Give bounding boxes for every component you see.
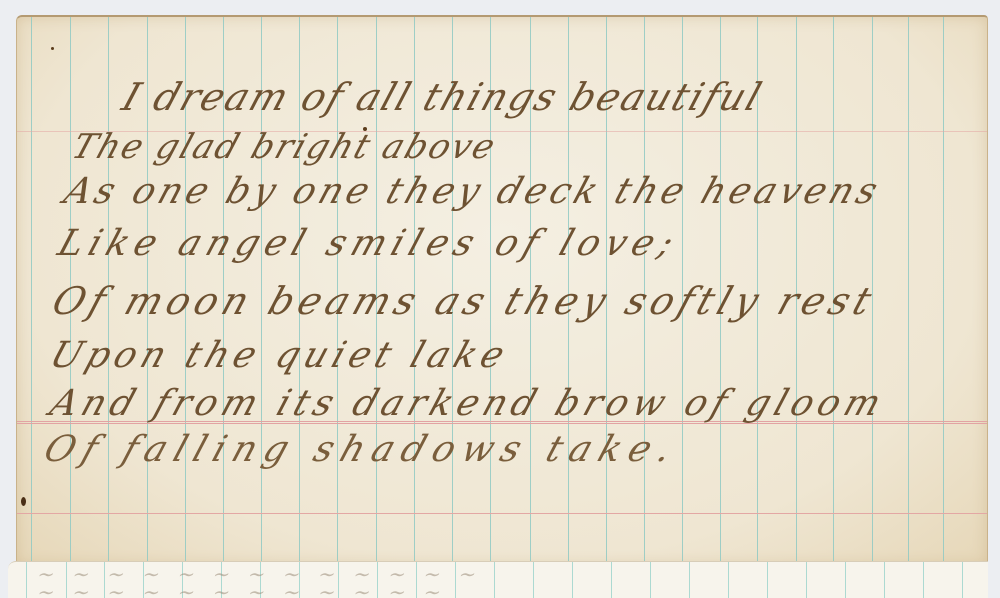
poem-line-8: Of falling shadows take.	[39, 429, 685, 470]
vertical-rule	[650, 562, 651, 598]
next-page-line-2: ~ ~ ~ ~ ~ ~ ~ ~ ~ ~ ~ ~	[34, 580, 452, 598]
vertical-rule	[943, 17, 944, 565]
vertical-rule	[884, 562, 885, 598]
ink-speck	[51, 47, 54, 50]
vertical-rule	[611, 562, 612, 598]
vertical-rule	[728, 562, 729, 598]
vertical-rule	[845, 562, 846, 598]
vertical-rule	[806, 562, 807, 598]
notebook-page: I dream of all things beautiful The glad…	[16, 15, 988, 565]
poem-line-6: Upon the quiet lake	[45, 335, 514, 376]
poem-line-2: The glad bright above	[67, 127, 502, 167]
ink-blot	[21, 497, 26, 506]
vertical-rule	[31, 17, 32, 565]
vertical-rule	[923, 562, 924, 598]
poem-line-3: As one by one they deck the heavens	[59, 171, 886, 212]
vertical-rule	[26, 562, 27, 598]
next-notebook-page: ~ ~ ~ ~ ~ ~ ~ ~ ~ ~ ~ ~ ~ ~ ~ ~ ~ ~ ~ ~ …	[8, 561, 988, 598]
poem-line-1: I dream of all things beautiful	[117, 75, 769, 119]
poem-line-5: Of moon beams as they softly rest	[47, 279, 882, 323]
poem-line-4: Like angel smiles of love;	[53, 223, 685, 264]
vertical-rule	[572, 562, 573, 598]
vertical-rule	[767, 562, 768, 598]
horizontal-rule	[17, 513, 987, 514]
poem-line-7: And from its darkend brow of gloom	[45, 383, 891, 424]
vertical-rule	[689, 562, 690, 598]
vertical-rule	[908, 17, 909, 565]
vertical-rule	[962, 562, 963, 598]
vertical-rule	[533, 562, 534, 598]
vertical-rule	[494, 562, 495, 598]
